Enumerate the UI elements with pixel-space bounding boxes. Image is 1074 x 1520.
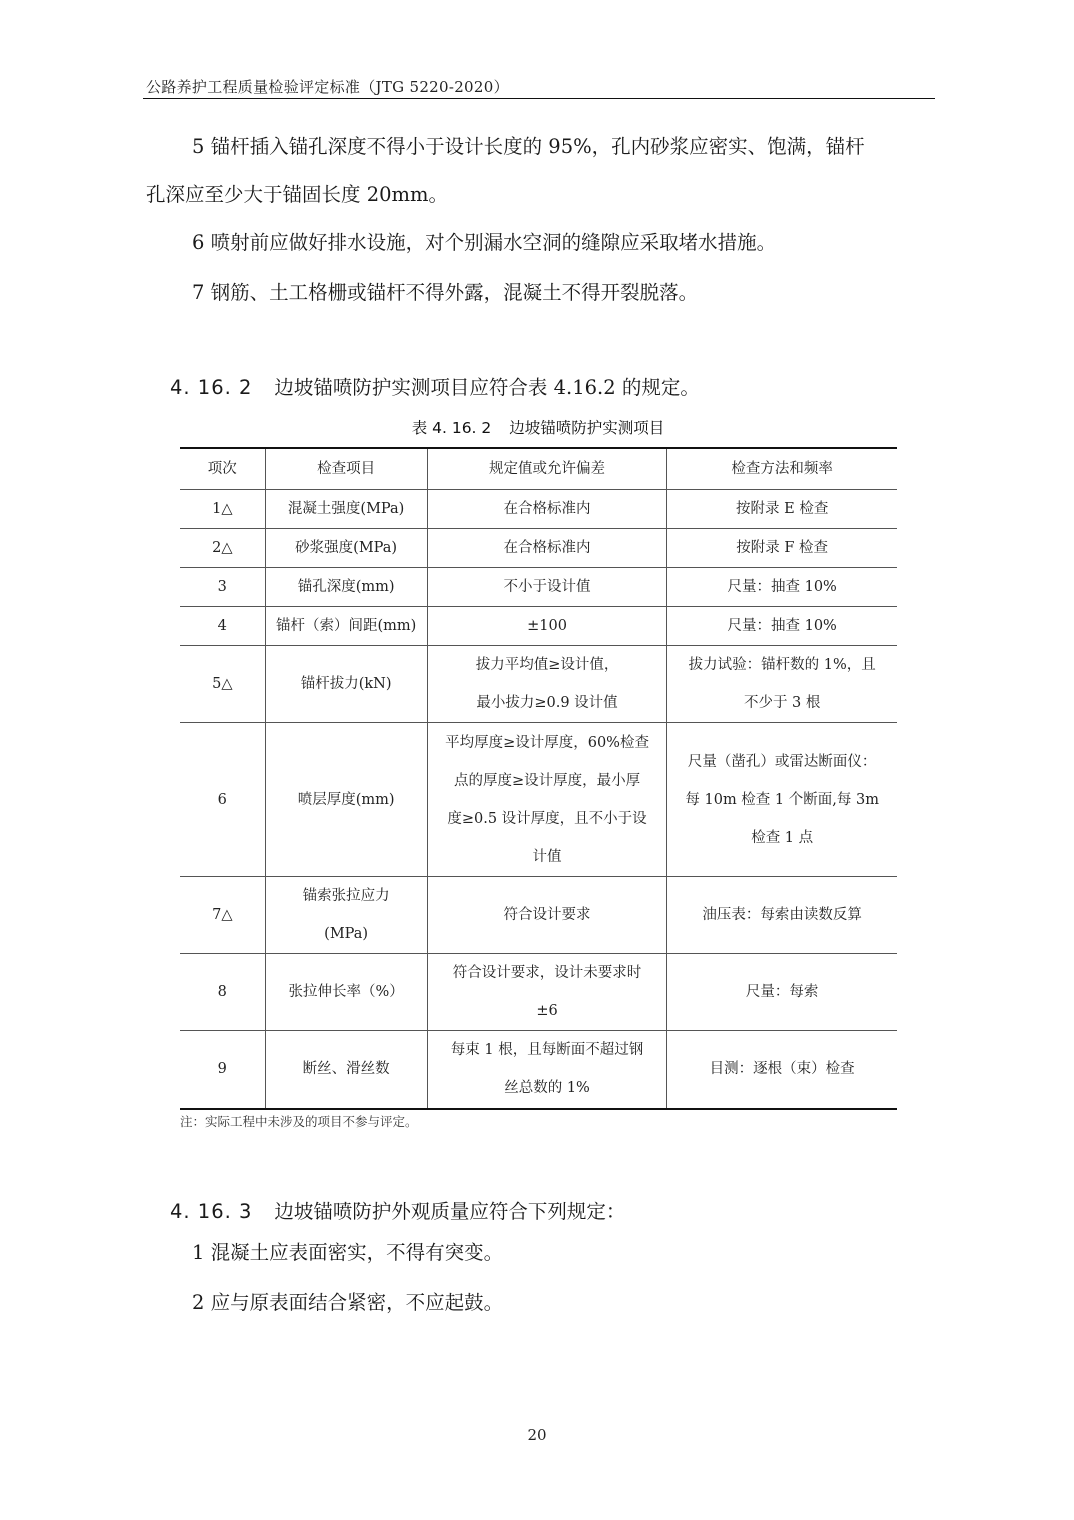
- table-row: 5△锚杆拔力(kN)拔力平均值≥设计值，最小拔力≥0.9 设计值拔力试验：锚杆数…: [180, 646, 897, 723]
- allowed-value: 每束 1 根，且每断面不超过钢丝总数的 1%: [427, 1031, 667, 1109]
- section-text: 边坡锚喷防护外观质量应符合下列规定：: [274, 1200, 625, 1223]
- inspection-table: 项次 检查项目 规定值或允许偏差 检查方法和频率 1△混凝土强度(MPa)在合格…: [180, 447, 897, 1110]
- row-number: 7△: [180, 877, 265, 954]
- inspection-item: 锚杆（索）间距(mm): [265, 607, 427, 646]
- clause-5-line1: 5 锚杆插入锚孔深度不得小于设计长度的 95%，孔内砂浆应密实、饱满，锚杆: [192, 122, 865, 172]
- inspection-item: 砂浆强度(MPa): [265, 529, 427, 568]
- section-4-16-2-heading: 4. 16. 2边坡锚喷防护实测项目应符合表 4.16.2 的规定。: [170, 372, 700, 400]
- inspection-item: 断丝、滑丝数: [265, 1031, 427, 1109]
- allowed-value: 平均厚度≥设计厚度，60%检查点的厚度≥设计厚度，最小厚度≥0.5 设计厚度，且…: [427, 723, 667, 877]
- header-value: 规定值或允许偏差: [427, 448, 667, 490]
- inspection-item: 锚索张拉应力(MPa): [265, 877, 427, 954]
- inspection-method: 尺量：每索: [667, 954, 897, 1031]
- row-number: 4: [180, 607, 265, 646]
- row-number: 3: [180, 568, 265, 607]
- allowed-value: 在合格标准内: [427, 529, 667, 568]
- table-header-row: 项次 检查项目 规定值或允许偏差 检查方法和频率: [180, 448, 897, 490]
- inspection-item: 混凝土强度(MPa): [265, 490, 427, 529]
- table-row: 1△混凝土强度(MPa)在合格标准内按附录 E 检查: [180, 490, 897, 529]
- inspection-item: 张拉伸长率（%）: [265, 954, 427, 1031]
- inspection-item: 喷层厚度(mm): [265, 723, 427, 877]
- table-row: 6喷层厚度(mm)平均厚度≥设计厚度，60%检查点的厚度≥设计厚度，最小厚度≥0…: [180, 723, 897, 877]
- header-method: 检查方法和频率: [667, 448, 897, 490]
- header-no: 项次: [180, 448, 265, 490]
- inspection-method: 目测：逐根（束）检查: [667, 1031, 897, 1109]
- clause-6: 6 喷射前应做好排水设施，对个别漏水空洞的缝隙应采取堵水措施。: [192, 218, 776, 268]
- allowed-value: 拔力平均值≥设计值，最小拔力≥0.9 设计值: [427, 646, 667, 723]
- row-number: 1△: [180, 490, 265, 529]
- inspection-method: 拔力试验：锚杆数的 1%，且不少于 3 根: [667, 646, 897, 723]
- row-number: 9: [180, 1031, 265, 1109]
- table-caption: 表 4. 16. 2边坡锚喷防护实测项目: [180, 416, 896, 438]
- appearance-item-2: 2 应与原表面结合紧密，不应起鼓。: [192, 1278, 503, 1328]
- row-number: 5△: [180, 646, 265, 723]
- row-number: 2△: [180, 529, 265, 568]
- running-header: 公路养护工程质量检验评定标准（JTG 5220-2020）: [146, 76, 934, 97]
- table-caption-title: 边坡锚喷防护实测项目: [509, 419, 664, 437]
- inspection-method: 尺量：抽查 10%: [667, 568, 897, 607]
- inspection-method: 按附录 E 检查: [667, 490, 897, 529]
- section-4-16-3-heading: 4. 16. 3边坡锚喷防护外观质量应符合下列规定：: [170, 1196, 625, 1224]
- allowed-value: ±100: [427, 607, 667, 646]
- table-body: 1△混凝土强度(MPa)在合格标准内按附录 E 检查2△砂浆强度(MPa)在合格…: [180, 490, 897, 1109]
- table-row: 3锚孔深度(mm)不小于设计值尺量：抽查 10%: [180, 568, 897, 607]
- row-number: 6: [180, 723, 265, 877]
- section-text: 边坡锚喷防护实测项目应符合表 4.16.2 的规定。: [274, 376, 699, 399]
- table-caption-number: 表 4. 16. 2: [412, 419, 492, 437]
- header-item: 检查项目: [265, 448, 427, 490]
- table-row: 7△锚索张拉应力(MPa)符合设计要求油压表：每索由读数反算: [180, 877, 897, 954]
- allowed-value: 在合格标准内: [427, 490, 667, 529]
- page-number: 20: [0, 1426, 1074, 1444]
- clause-5-line2: 孔深应至少大于锚固长度 20mm。: [146, 170, 448, 220]
- section-number: 4. 16. 2: [170, 376, 252, 399]
- inspection-method: 尺量（凿孔）或雷达断面仪：每 10m 检查 1 个断面,每 3m检查 1 点: [667, 723, 897, 877]
- table-note: 注：实际工程中未涉及的项目不参与评定。: [180, 1112, 418, 1130]
- row-number: 8: [180, 954, 265, 1031]
- table-row: 4锚杆（索）间距(mm)±100尺量：抽查 10%: [180, 607, 897, 646]
- header-rule: [143, 98, 935, 99]
- appearance-item-1: 1 混凝土应表面密实，不得有突变。: [192, 1228, 503, 1278]
- allowed-value: 不小于设计值: [427, 568, 667, 607]
- inspection-item: 锚孔深度(mm): [265, 568, 427, 607]
- allowed-value: 符合设计要求: [427, 877, 667, 954]
- section-number: 4. 16. 3: [170, 1200, 252, 1223]
- allowed-value: 符合设计要求，设计未要求时±6: [427, 954, 667, 1031]
- table-row: 9断丝、滑丝数每束 1 根，且每断面不超过钢丝总数的 1%目测：逐根（束）检查: [180, 1031, 897, 1109]
- inspection-item: 锚杆拔力(kN): [265, 646, 427, 723]
- inspection-method: 按附录 F 检查: [667, 529, 897, 568]
- clause-7: 7 钢筋、土工格栅或锚杆不得外露，混凝土不得开裂脱落。: [192, 268, 698, 318]
- table-row: 2△砂浆强度(MPa)在合格标准内按附录 F 检查: [180, 529, 897, 568]
- table-row: 8张拉伸长率（%）符合设计要求，设计未要求时±6尺量：每索: [180, 954, 897, 1031]
- inspection-method: 尺量：抽查 10%: [667, 607, 897, 646]
- inspection-method: 油压表：每索由读数反算: [667, 877, 897, 954]
